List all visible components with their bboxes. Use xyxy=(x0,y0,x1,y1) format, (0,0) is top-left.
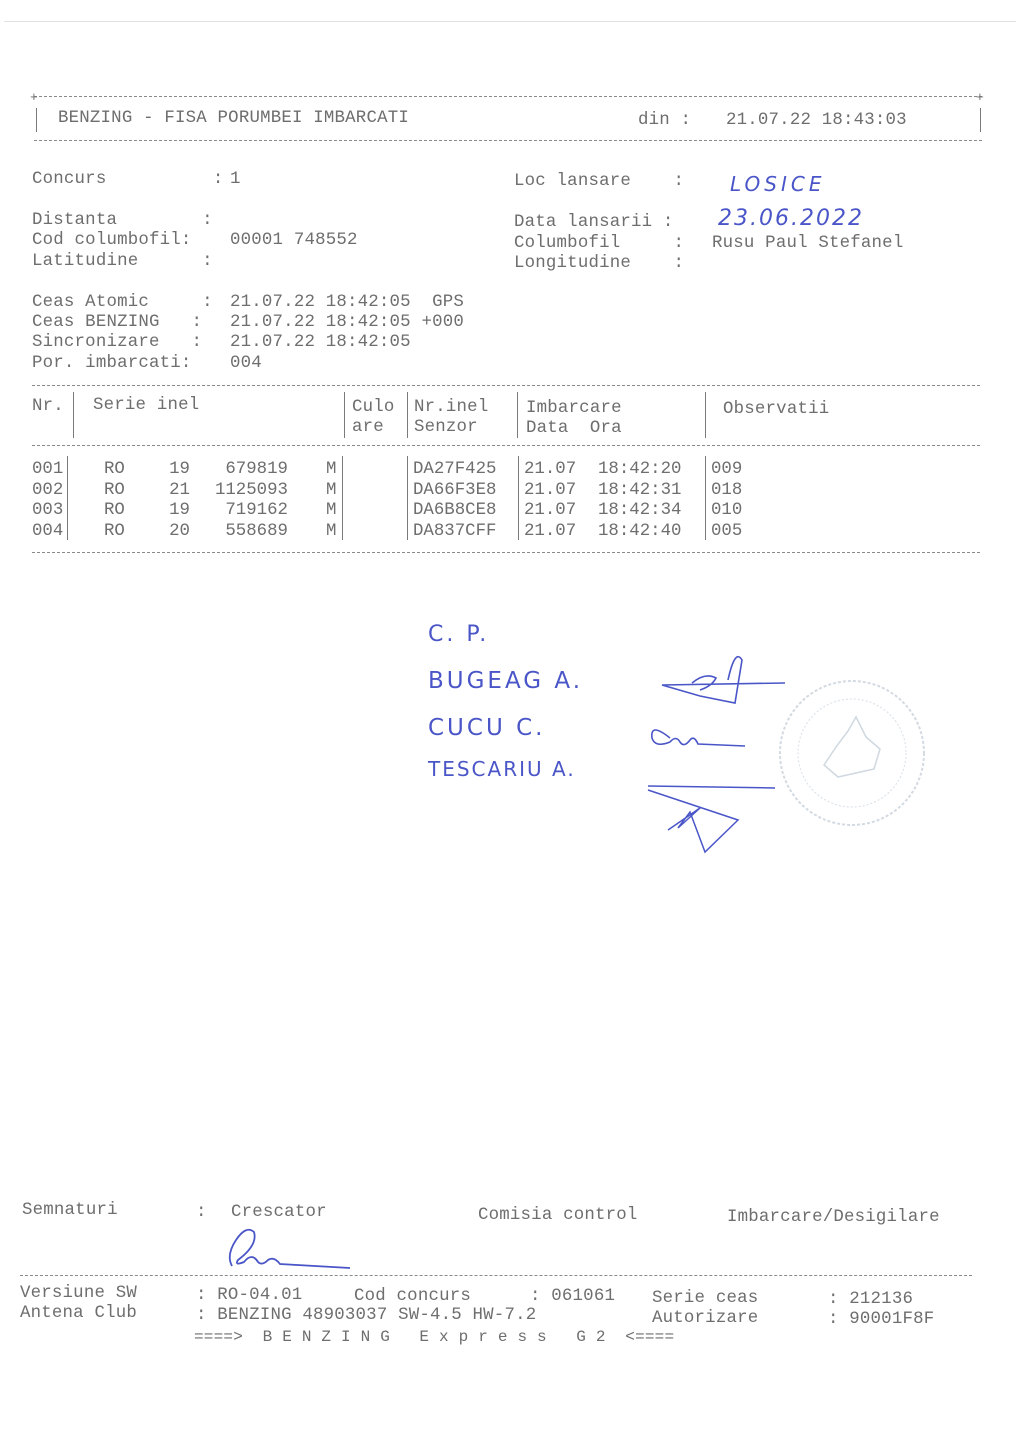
versiune-sw-value: : RO-04.01 xyxy=(196,1286,302,1307)
crescator-signature xyxy=(0,0,1024,1448)
benzing-banner: ====> B E N Z I N G E x p r e s s G 2 <=… xyxy=(194,1327,674,1348)
autorizare-value: : 90001F8F xyxy=(828,1310,934,1331)
antena-club-label: Antena Club xyxy=(20,1304,137,1325)
versiune-sw-label: Versiune SW xyxy=(20,1284,137,1305)
cod-concurs-value: : 061061 xyxy=(530,1287,615,1308)
antena-club-value: : BENZING 48903037 SW-4.5 HW-7.2 xyxy=(196,1306,536,1327)
signatures-rule xyxy=(20,1275,972,1276)
serie-ceas-label: Serie ceas xyxy=(652,1289,758,1310)
cod-concurs-label: Cod concurs xyxy=(354,1287,471,1308)
serie-ceas-value: : 212136 xyxy=(828,1290,913,1311)
